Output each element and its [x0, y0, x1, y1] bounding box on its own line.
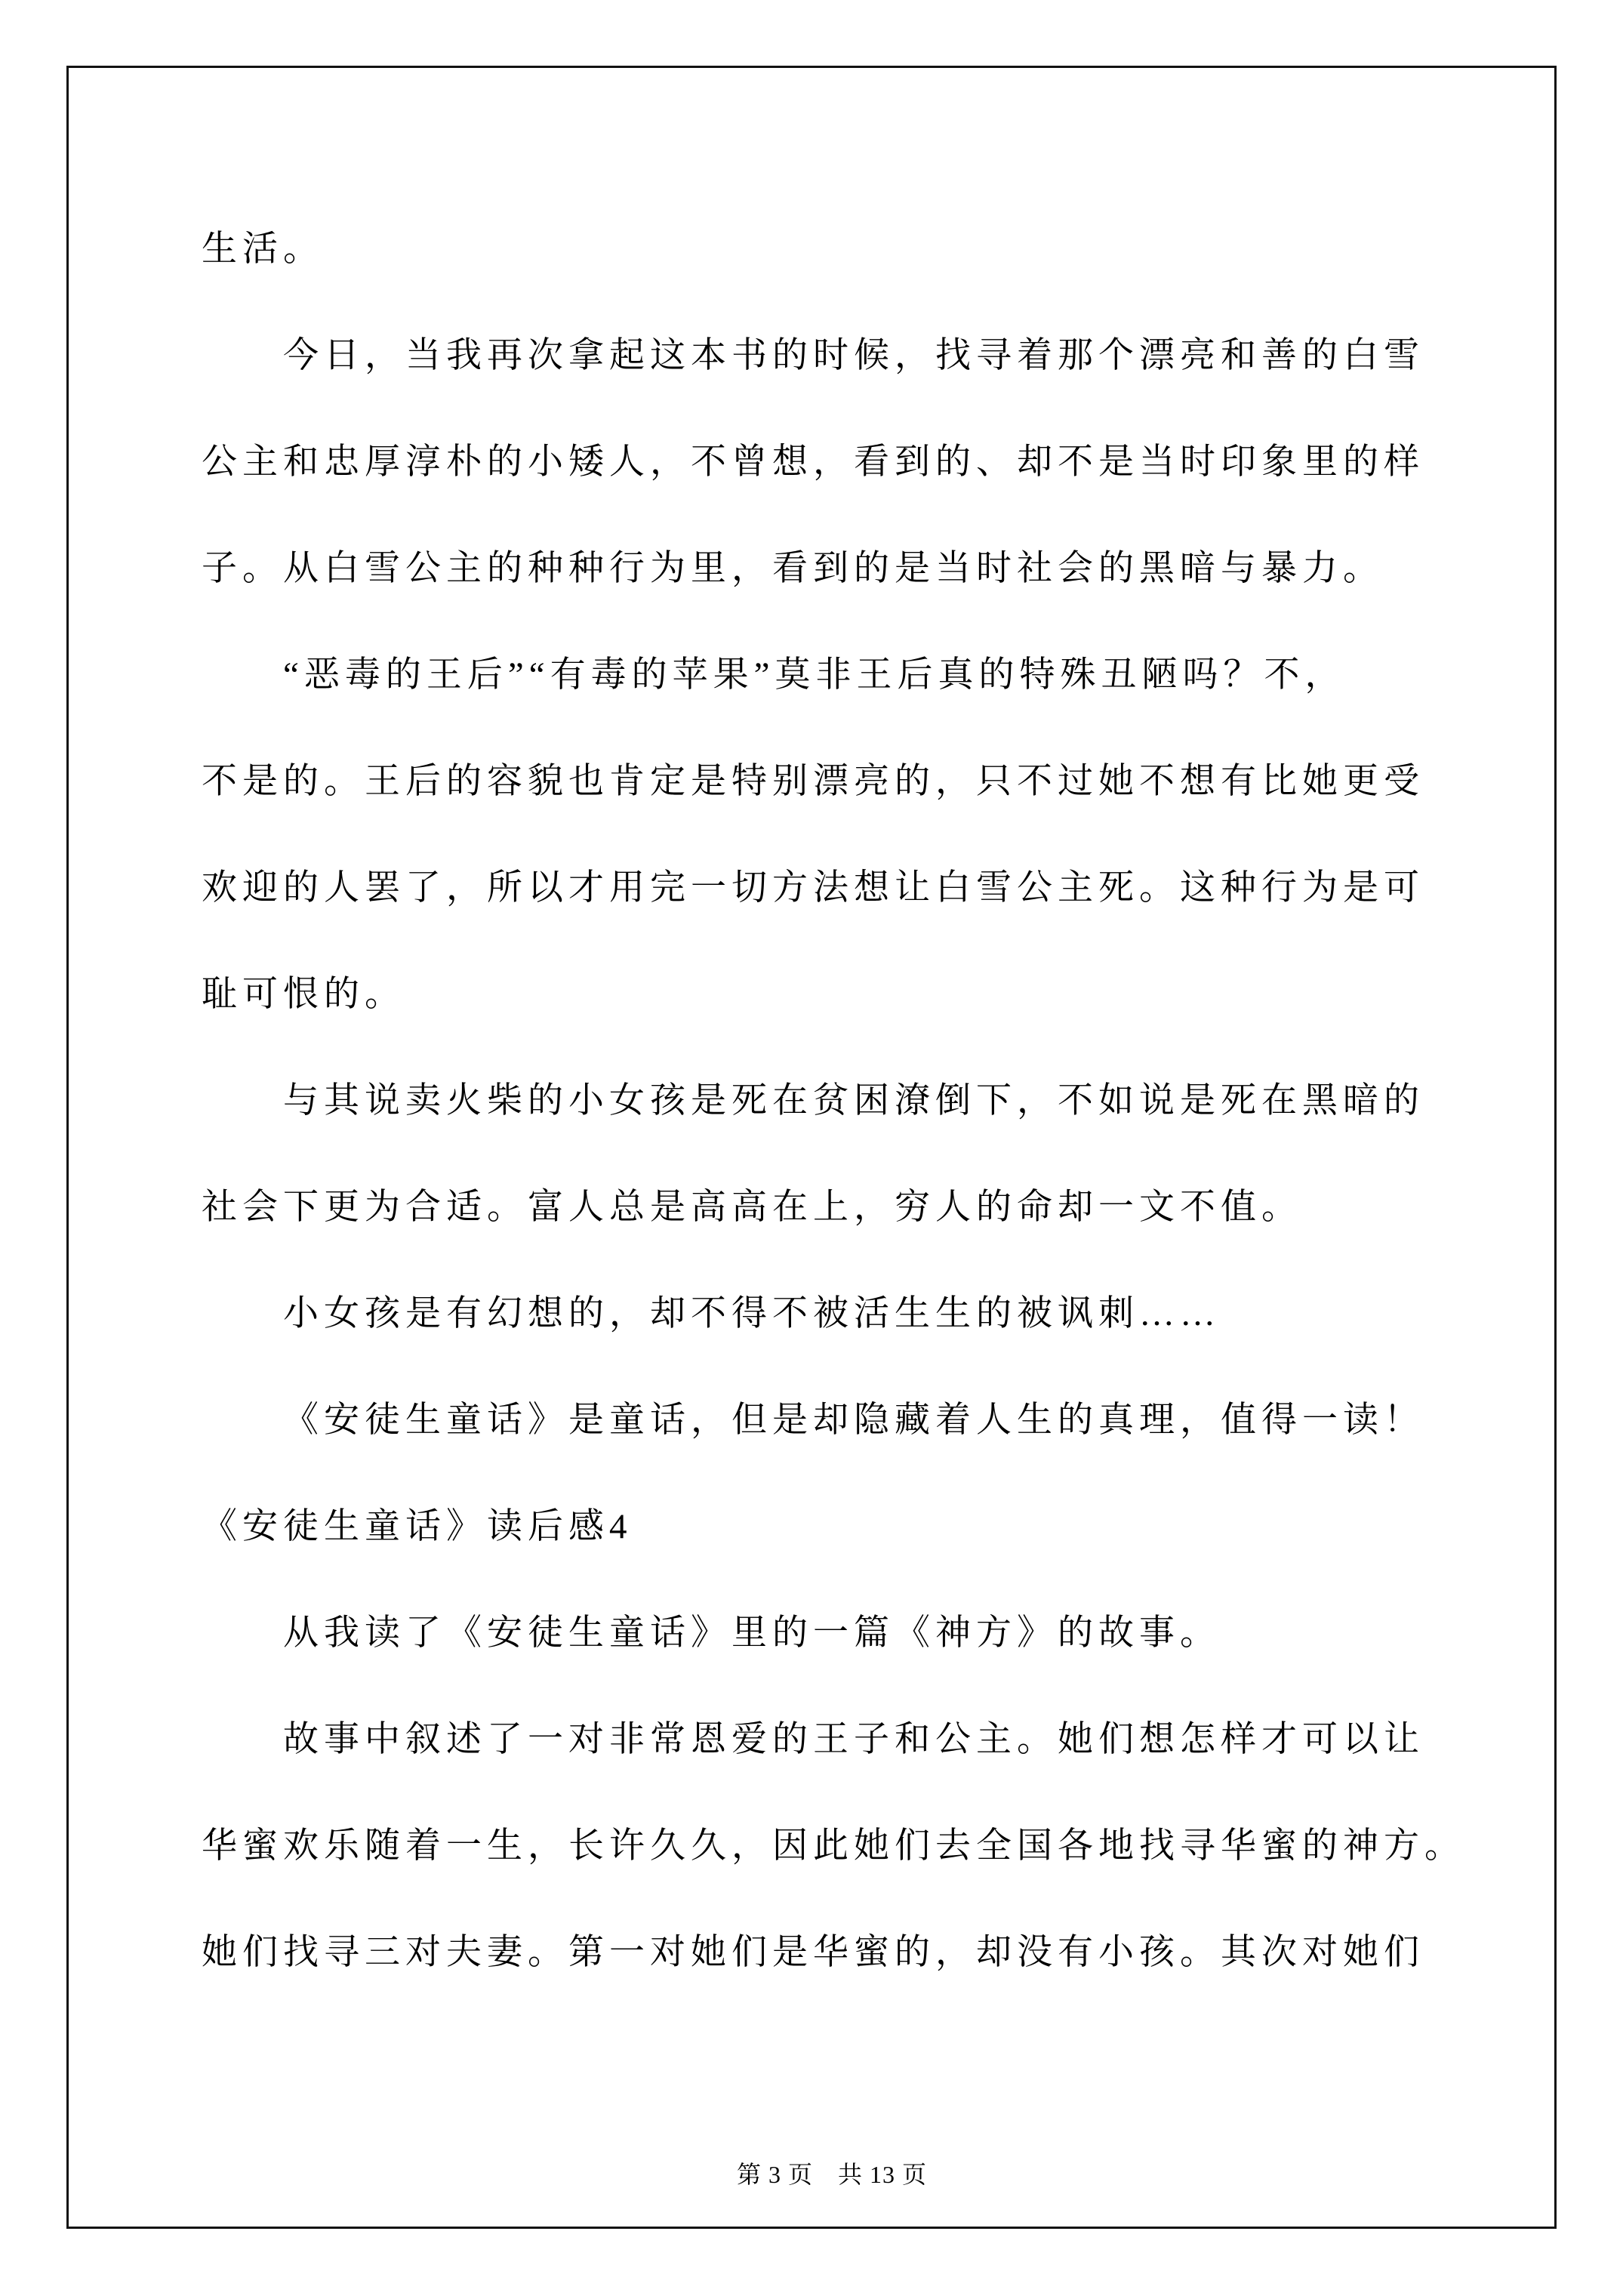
text-line-2: 今日，当我再次拿起这本书的时候，找寻着那个漂亮和善的白雪: [202, 303, 1508, 409]
text-line-5: “恶毒的王后”“有毒的苹果”莫非王后真的特殊丑陋吗？不，: [202, 622, 1508, 729]
text-line-16: 华蜜欢乐随着一生，长许久久，因此她们去全国各地找寻华蜜的神方。: [202, 1793, 1508, 1900]
body-text: 生活。 今日，当我再次拿起这本书的时候，找寻着那个漂亮和善的白雪 公主和忠厚淳朴…: [202, 196, 1508, 2006]
text-line-14: 从我读了《安徒生童话》里的一篇《神方》的故事。: [202, 1580, 1508, 1687]
page-number-label: 第 3 页 共 13 页: [737, 2161, 927, 2188]
text-line-12: 《安徒生童话》是童话，但是却隐藏着人生的真理，值得一读！: [202, 1367, 1508, 1474]
text-line-6: 不是的。王后的容貌也肯定是特别漂亮的，只不过她不想有比她更受: [202, 729, 1508, 835]
text-line-11: 小女孩是有幻想的，却不得不被活生生的被讽刺……: [202, 1261, 1508, 1367]
text-line-15: 故事中叙述了一对非常恩爱的王子和公主。她们想怎样才可以让: [202, 1687, 1508, 1793]
text-line-13: 《安徒生童话》读后感4: [202, 1474, 1508, 1580]
text-line-17: 她们找寻三对夫妻。第一对她们是华蜜的，却没有小孩。其次对她们: [202, 1900, 1508, 2006]
text-line-3: 公主和忠厚淳朴的小矮人，不曾想，看到的、却不是当时印象里的样: [202, 409, 1508, 516]
text-line-4: 子。从白雪公主的种种行为里，看到的是当时社会的黑暗与暴力。: [202, 516, 1508, 622]
text-line-8: 耻可恨的。: [202, 942, 1508, 1048]
text-line-1: 生活。: [202, 196, 1508, 303]
text-line-7: 欢迎的人罢了，所以才用完一切方法想让白雪公主死。这种行为是可: [202, 835, 1508, 942]
page-footer: 第 3 页 共 13 页: [69, 2129, 1554, 2159]
document-page: 生活。 今日，当我再次拿起这本书的时候，找寻着那个漂亮和善的白雪 公主和忠厚淳朴…: [66, 66, 1557, 2229]
text-line-9: 与其说卖火柴的小女孩是死在贫困潦倒下，不如说是死在黑暗的: [202, 1048, 1508, 1154]
document-canvas: 生活。 今日，当我再次拿起这本书的时候，找寻着那个漂亮和善的白雪 公主和忠厚淳朴…: [0, 0, 1623, 2296]
text-line-10: 社会下更为合适。富人总是高高在上，穷人的命却一文不值。: [202, 1154, 1508, 1261]
